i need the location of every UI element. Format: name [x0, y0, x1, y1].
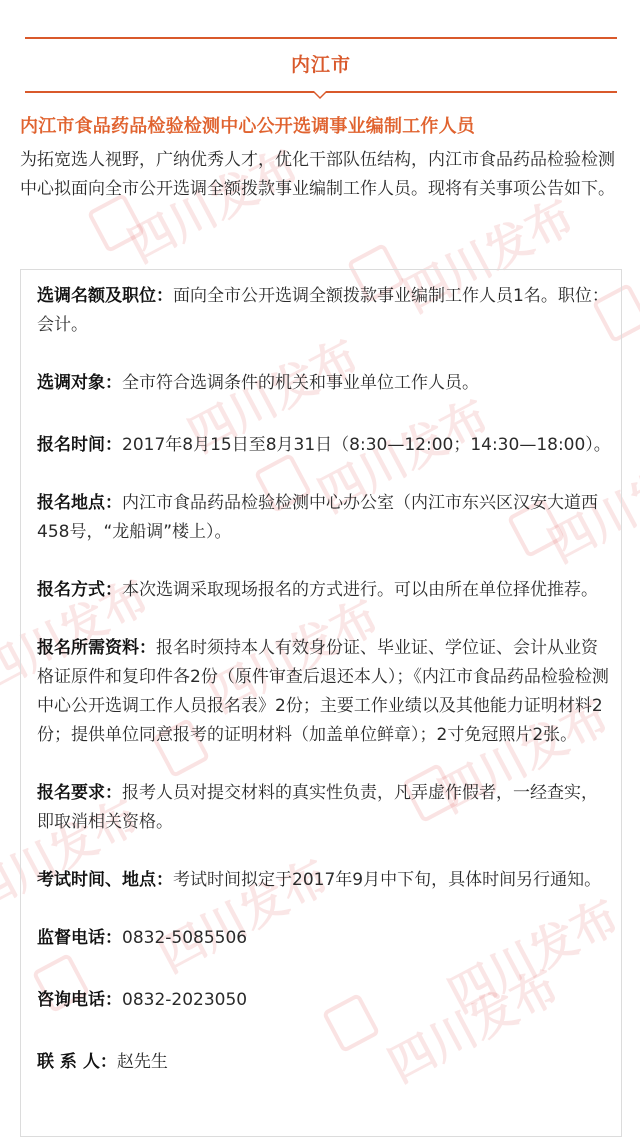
region-title: 内江市: [25, 40, 617, 90]
detail-registration-requirements: 报名要求：报考人员对提交材料的真实性负责，凡弄虚作假者，一经查实，即取消相关资格…: [37, 779, 612, 837]
detail-required-documents: 报名所需资料：报名时须持本人有效身份证、毕业证、学位证、会计从业资格证原件和复印…: [37, 634, 612, 750]
details-box: 选调名额及职位：面向全市公开选调全额拨款事业编制工作人员1名。职位：会计。 选调…: [20, 269, 622, 1137]
detail-text: 报考人员对提交材料的真实性负责，凡弄虚作假者，一经查实，即取消相关资格。: [37, 783, 598, 832]
detail-supervision-phone: 监督电话：0832-5085506: [37, 924, 612, 953]
header-top-divider: [25, 37, 617, 39]
detail-text: 0832-5085506: [122, 928, 247, 948]
detail-label: 选调名额及职位：: [37, 286, 173, 306]
detail-registration-method: 报名方式：本次选调采取现场报名的方式进行。可以由所在单位择优推荐。: [37, 576, 612, 605]
detail-label: 选调对象：: [37, 373, 122, 393]
article-title: 内江市食品药品检验检测中心公开选调事业编制工作人员: [20, 113, 475, 141]
detail-label: 报名方式：: [37, 580, 122, 600]
detail-text: 2017年8月15日至8月31日（8:30—12:00；14:30—18:00）…: [122, 435, 611, 455]
detail-text: 赵先生: [117, 1052, 168, 1072]
detail-text: 全市符合选调条件的机关和事业单位工作人员。: [122, 373, 479, 393]
detail-exam-time-location: 考试时间、地点：考试时间拟定于2017年9月中下旬，具体时间另行通知。: [37, 866, 612, 895]
detail-label: 报名地点：: [37, 493, 122, 513]
detail-quota-position: 选调名额及职位：面向全市公开选调全额拨款事业编制工作人员1名。职位：会计。: [37, 282, 612, 340]
detail-text: 考试时间拟定于2017年9月中下旬，具体时间另行通知。: [173, 870, 601, 890]
detail-label: 报名所需资料：: [37, 638, 156, 658]
region-header: 内江市: [25, 0, 617, 100]
detail-inquiry-phone: 咨询电话：0832-2023050: [37, 986, 612, 1015]
detail-label: 监督电话：: [37, 928, 122, 948]
details-list: 选调名额及职位：面向全市公开选调全额拨款事业编制工作人员1名。职位：会计。 选调…: [37, 282, 612, 1110]
detail-label: 报名时间：: [37, 435, 122, 455]
detail-label: 考试时间、地点：: [37, 870, 173, 890]
detail-label: 报名要求：: [37, 783, 122, 803]
detail-registration-location: 报名地点：内江市食品药品检验检测中心办公室（内江市东兴区汉安大道西458号，“龙…: [37, 489, 612, 547]
article-intro: 为拓宽选人视野，广纳优秀人才，优化干部队伍结构，内江市食品药品检验检测中心拟面向…: [20, 146, 625, 204]
detail-label: 联 系 人：: [37, 1052, 117, 1072]
detail-text: 0832-2023050: [122, 990, 247, 1010]
chevron-down-icon-inner: [314, 91, 326, 97]
detail-label: 咨询电话：: [37, 990, 122, 1010]
detail-text: 内江市食品药品检验检测中心办公室（内江市东兴区汉安大道西458号，“龙船调”楼上…: [37, 493, 598, 542]
detail-text: 本次选调采取现场报名的方式进行。可以由所在单位择优推荐。: [122, 580, 598, 600]
detail-registration-time: 报名时间：2017年8月15日至8月31日（8:30—12:00；14:30—1…: [37, 431, 612, 460]
detail-eligible-applicants: 选调对象：全市符合选调条件的机关和事业单位工作人员。: [37, 369, 612, 398]
detail-contact-person: 联 系 人：赵先生: [37, 1048, 612, 1077]
